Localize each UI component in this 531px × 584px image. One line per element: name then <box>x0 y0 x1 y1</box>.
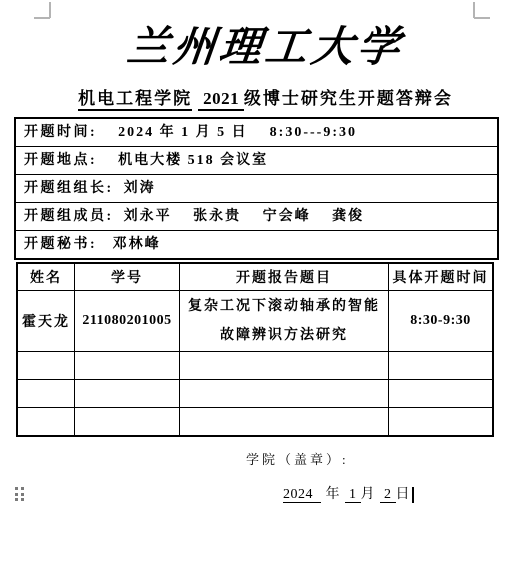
drag-handle-dots-icon[interactable] <box>15 487 24 501</box>
document-title: 机电工程学院 2021 级博士研究生开题答辩会 <box>0 84 531 109</box>
roster-header-topic: 开题报告题目 <box>180 264 389 291</box>
text-cursor <box>412 487 415 503</box>
student-id-cell[interactable]: 211080201005 <box>75 291 180 352</box>
empty-cell[interactable] <box>389 408 492 435</box>
empty-cell[interactable] <box>18 352 75 380</box>
roster-table: 姓名 学号 开题报告题目 具体开题时间 霍天龙 211080201005 复杂工… <box>16 262 494 437</box>
empty-cell[interactable] <box>75 408 180 435</box>
info-row-location[interactable]: 开题地点: 机电大楼 518 会议室 <box>16 147 497 175</box>
empty-cell[interactable] <box>180 408 389 435</box>
date-month[interactable]: 1 <box>345 487 361 503</box>
title-year-underlined: 2021 <box>198 89 244 111</box>
info-row-secretary[interactable]: 开题秘书: 邓林峰 <box>16 231 497 258</box>
info-value-secretary: 邓林峰 <box>107 237 161 252</box>
roster-header-row: 姓名 学号 开题报告题目 具体开题时间 <box>18 264 492 291</box>
empty-cell[interactable] <box>18 408 75 435</box>
roster-empty-row[interactable] <box>18 380 492 408</box>
date-day-suffix: 日 <box>396 487 411 502</box>
roster-empty-row[interactable] <box>18 408 492 435</box>
date-day[interactable]: 2 <box>380 487 396 503</box>
empty-cell[interactable] <box>180 380 389 408</box>
info-label-time: 开题时间: <box>24 125 97 140</box>
info-row-chair[interactable]: 开题组组长:刘涛 <box>16 175 497 203</box>
info-value-location: 机电大楼 518 会议室 <box>107 153 268 168</box>
title-college-underlined: 机电工程学院 <box>78 89 192 111</box>
student-topic-cell[interactable]: 复杂工况下滚动轴承的智能 故障辨识方法研究 <box>180 291 389 352</box>
empty-cell[interactable] <box>18 380 75 408</box>
info-label-members: 开题组成员: <box>24 209 114 224</box>
info-value-chair: 刘涛 <box>124 181 156 196</box>
date-month-suffix: 月 <box>361 487 381 502</box>
empty-cell[interactable] <box>389 380 492 408</box>
topic-line-1: 复杂工况下滚动轴承的智能 <box>188 292 380 321</box>
topic-line-2: 故障辨识方法研究 <box>188 321 380 350</box>
info-row-time[interactable]: 开题时间: 2024 年 1 月 5 日 8:30---9:30 <box>16 119 497 147</box>
college-seal-label: 学院（盖章）: <box>246 449 349 468</box>
info-label-location: 开题地点: <box>24 153 97 168</box>
info-table: 开题时间: 2024 年 1 月 5 日 8:30---9:30 开题地点: 机… <box>14 117 499 260</box>
university-logo-calligraphy: 兰州理工大学 <box>0 14 531 74</box>
student-time-cell[interactable]: 8:30-9:30 <box>389 291 492 352</box>
student-name-cell[interactable]: 霍天龙 <box>18 291 75 352</box>
info-value-members: 刘永平 张永贵 宁会峰 龚俊 <box>124 209 365 224</box>
roster-header-time: 具体开题时间 <box>389 264 492 291</box>
date-year-suffix: 年 <box>321 487 345 502</box>
roster-header-student-id: 学号 <box>75 264 180 291</box>
roster-empty-row[interactable] <box>18 352 492 380</box>
info-label-secretary: 开题秘书: <box>24 237 97 252</box>
info-row-members[interactable]: 开题组成员:刘永平 张永贵 宁会峰 龚俊 <box>16 203 497 231</box>
empty-cell[interactable] <box>389 352 492 380</box>
title-rest: 级博士研究生开题答辩会 <box>244 89 453 108</box>
empty-cell[interactable] <box>180 352 389 380</box>
info-label-chair: 开题组组长: <box>24 181 114 196</box>
empty-cell[interactable] <box>75 352 180 380</box>
document-page[interactable]: 兰州理工大学 机电工程学院 2021 级博士研究生开题答辩会 开题时间: 202… <box>0 0 531 584</box>
roster-header-name: 姓名 <box>18 264 75 291</box>
empty-cell[interactable] <box>75 380 180 408</box>
date-year[interactable]: 2024 <box>283 487 321 503</box>
info-value-time: 2024 年 1 月 5 日 8:30---9:30 <box>107 125 357 140</box>
date-line[interactable]: 2024 年 1 月 2 日 <box>283 483 414 503</box>
roster-student-row[interactable]: 霍天龙 211080201005 复杂工况下滚动轴承的智能 故障辨识方法研究 8… <box>18 291 492 352</box>
